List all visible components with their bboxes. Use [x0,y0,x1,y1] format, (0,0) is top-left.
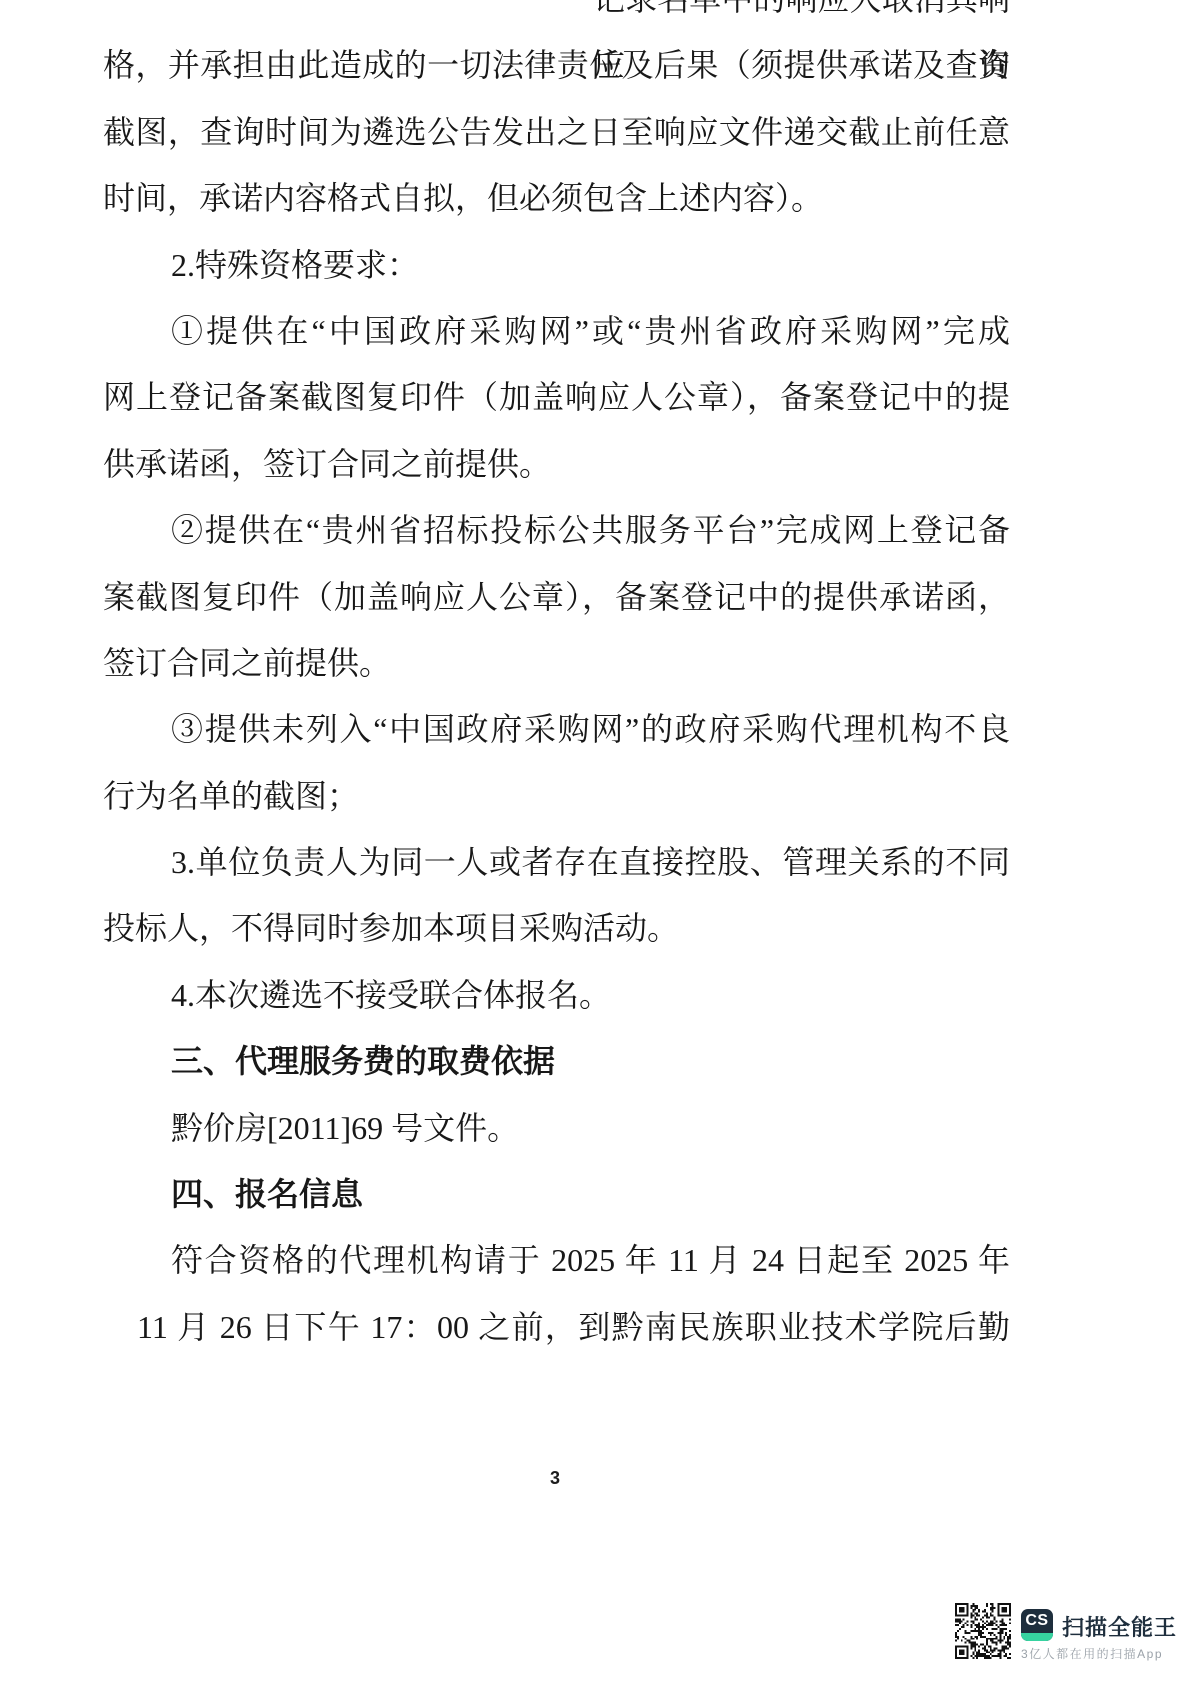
camscanner-tagline: 3亿人都在用的扫描App [1021,1645,1163,1662]
scanned-page: 记录名单中的响应人取消其响应资格，并承担由此造成的一切法律责任及后果（须提供承诺… [0,0,1190,1684]
text-line: 记录名单中的响应人取消其响应资 [103,0,1010,32]
page-number: 3 [540,1468,570,1489]
document-body: 记录名单中的响应人取消其响应资格，并承担由此造成的一切法律责任及后果（须提供承诺… [103,0,1010,1360]
text-line: 三、代理服务费的取费依据 [103,1028,1010,1094]
text-line: 11 月 26 日下午 17：00 之前，到黔南民族职业技术学院后勤 [103,1294,1010,1360]
camscanner-logo-text: CS [1021,1609,1053,1633]
text-line: 4.本次遴选不接受联合体报名。 [103,962,1010,1028]
text-line: 格，并承担由此造成的一切法律责任及后果（须提供承诺及查询 [103,32,1010,98]
qr-code-icon [955,1603,1011,1659]
text-line: 四、报名信息 [103,1161,1010,1227]
text-line: 投标人，不得同时参加本项目采购活动。 [103,895,1010,961]
camscanner-app-name: 扫描全能王 [1062,1611,1177,1642]
text-line: 供承诺函，签订合同之前提供。 [103,431,1010,497]
text-line: 2.特殊资格要求： [103,232,1010,298]
text-line: ③提供未列入“中国政府采购网”的政府采购代理机构不良 [103,696,1010,762]
text-line: 案截图复印件（加盖响应人公章），备案登记中的提供承诺函， [103,564,1010,630]
text-line: 时间，承诺内容格式自拟，但必须包含上述内容）。 [103,165,1010,231]
text-line: 网上登记备案截图复印件（加盖响应人公章），备案登记中的提 [103,364,1010,430]
camscanner-logo-icon: CS [1021,1609,1053,1641]
text-line: 行为名单的截图； [103,763,1010,829]
text-line: 3.单位负责人为同一人或者存在直接控股、管理关系的不同 [103,829,1010,895]
text-line: 黔价房[2011]69 号文件。 [103,1095,1010,1161]
text-line: 签订合同之前提供。 [103,630,1010,696]
text-line: 截图，查询时间为遴选公告发出之日至响应文件递交截止前任意 [103,99,1010,165]
text-line: ②提供在“贵州省招标投标公共服务平台”完成网上登记备 [103,497,1010,563]
text-line: ①提供在“中国政府采购网”或“贵州省政府采购网”完成 [103,298,1010,364]
text-line: 符合资格的代理机构请于 2025 年 11 月 24 日起至 2025 年 [103,1227,1010,1293]
camscanner-logo-strip [1021,1633,1053,1641]
